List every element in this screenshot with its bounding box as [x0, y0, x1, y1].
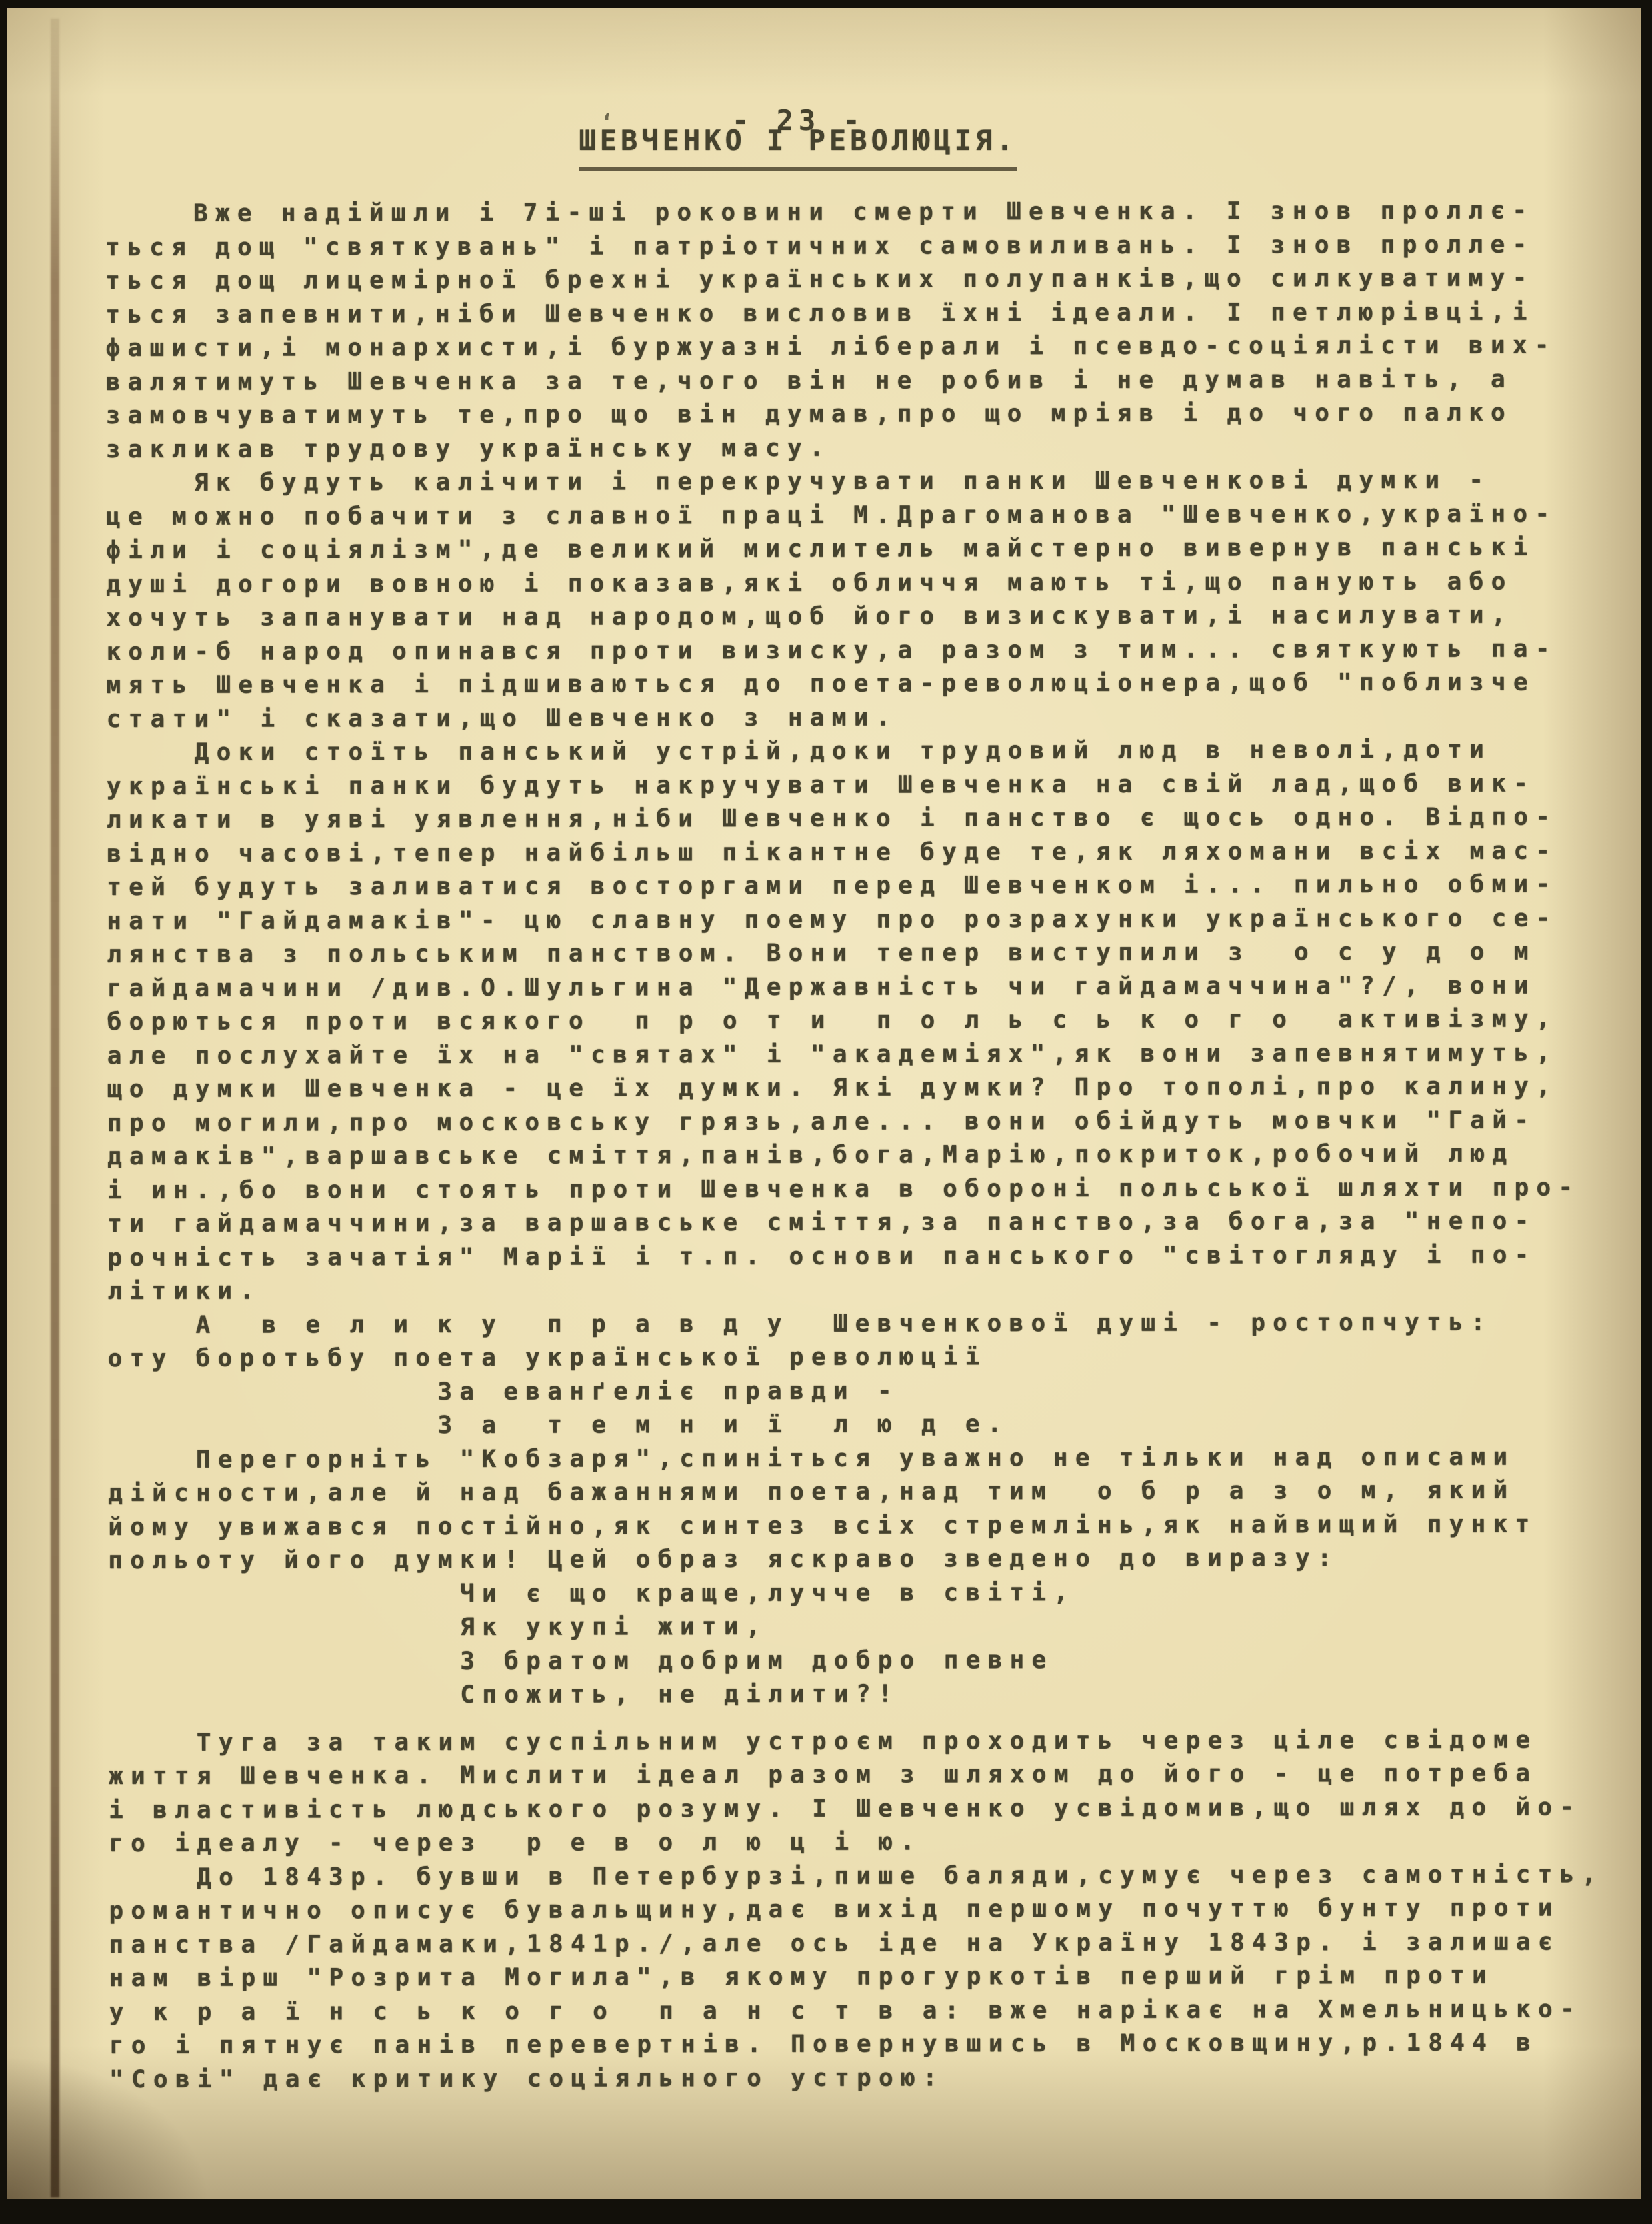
text-line: фашисти,і монархисти,і буржуазні ліберал…: [105, 329, 1639, 365]
text-line: З братом добрим добро певне: [109, 1642, 1642, 1679]
title-row: ШЕВЧЕНКО І РЕВОЛЮЦІЯ.: [0, 124, 1652, 171]
text-line: нати "Гайдамаків"- цю славну поему про р…: [107, 902, 1640, 938]
text-line: оту боротьбу поета української революції: [108, 1339, 1641, 1376]
text-line: ться запевнити,ніби Шевченко висловив їх…: [105, 295, 1639, 332]
text-line: коли-б народ опинався проти визиску,а ра…: [106, 632, 1639, 669]
text-line: у к р а ї н с ь к о г о п а н с т в а: в…: [109, 1993, 1643, 2029]
text-line: нам вірш "Розрита Могила",в якому прогур…: [109, 1959, 1643, 1995]
scanned-page: ʻ - 23 - ШЕВЧЕНКО І РЕВОЛЮЦІЯ. Вже надій…: [0, 0, 1652, 2224]
text-line: Туга за таким суспільним устроєм проходи…: [109, 1723, 1642, 1760]
text-line: дійсности,але й над бажаннями поета,над …: [108, 1474, 1641, 1510]
text-line: і ин.,бо вони стоять проти Шевченка в об…: [107, 1171, 1641, 1208]
text-line: З а т е м н и ї л ю д е.: [108, 1406, 1641, 1443]
text-line: романтично описує бувальщину,дає вихід п…: [109, 1891, 1642, 1928]
scan-edge-top: [0, 0, 1652, 8]
text-line: лянства з польським панством. Вони тепер…: [107, 935, 1640, 972]
text-line: замовчуватимуть те,про що він думав,про …: [106, 396, 1639, 433]
text-line: життя Шевченка. Мислити ідеал разом з шл…: [109, 1757, 1642, 1793]
text-line: Як будуть калічити і перекручувати панки…: [106, 463, 1639, 500]
text-line: дамаків",варшавське сміття,панів,бога,Ма…: [107, 1137, 1641, 1174]
text-line: стати" і сказати,що Шевченко з нами.: [107, 700, 1640, 736]
text-line: але послухайте їх на "святах" і "академі…: [107, 1036, 1641, 1073]
text-line: ться дощ "святкувань" і патріотичних сам…: [105, 228, 1639, 265]
scan-edge-bottom: [0, 2199, 1652, 2224]
text-line: Як укупі жити,: [108, 1608, 1641, 1645]
text-line: го ідеалу - через р е в о л ю ц і ю.: [109, 1824, 1642, 1861]
text-line: що думки Шевченка - це їх думки. Які дум…: [107, 1070, 1641, 1106]
text-line: Спожить, не ділити?!: [109, 1676, 1642, 1713]
text-line: тей будуть заливатися восторгами перед Ш…: [107, 868, 1640, 904]
text-line: про могили,про московську грязь,але... в…: [107, 1104, 1641, 1140]
page-title: ШЕВЧЕНКО І РЕВОЛЮЦІЯ.: [579, 124, 1017, 171]
text-line: А в е л и к у п р а в д у Шевченкової ду…: [107, 1306, 1641, 1342]
text-line: До 1843р. бувши в Петербурзі,пише баляди…: [109, 1858, 1642, 1895]
text-line: "Сові" дає критику соціяльного устрою:: [109, 2060, 1643, 2097]
text-line: філи і соціялізм",де великий мислитель м…: [106, 531, 1639, 568]
text-line: літики.: [107, 1272, 1641, 1308]
scan-edge-left: [0, 0, 7, 2224]
text-line: го і пятнує панів перевертнів. Повернувш…: [109, 2026, 1643, 2063]
text-line: Чи є що краще,лучче в світі,: [108, 1575, 1641, 1612]
text-line: мять Шевченка і підшиваються до поета-ре…: [106, 666, 1639, 702]
text-line: ти гайдамаччини,за варшавське сміття,за …: [107, 1204, 1641, 1241]
text-line: відно часові,тепер найбільш пікантне буд…: [107, 834, 1640, 871]
text-line: Вже надійшли і 7і-ші роковини смерти Шев…: [105, 194, 1639, 231]
document-body: Вже надійшли і 7і-ші роковини смерти Шев…: [105, 194, 1643, 2097]
text-line: За еванґеліє правди -: [108, 1373, 1641, 1410]
text-line: польоту його думки! Цей образ яскраво зв…: [108, 1541, 1641, 1578]
text-line: українські панки будуть накручувати Шевч…: [107, 767, 1640, 804]
scan-edge-right: [1641, 0, 1652, 2224]
text-line: борються проти всякого п р о т и п о л ь…: [107, 1002, 1641, 1039]
text-line: і властивість людського розуму. І Шевчен…: [109, 1791, 1642, 1827]
page-header: ʻ - 23 -: [0, 52, 1652, 92]
text-line: закликав трудову українську масу.: [106, 430, 1639, 467]
text-line: гайдамачини /див.О.Шульгина "Державність…: [107, 969, 1640, 1006]
text-line: ться дощ лицемірної брехні українських п…: [105, 261, 1639, 298]
text-line: ликати в уяві уявлення,ніби Шевченко і п…: [107, 800, 1640, 837]
text-line: Доки стоїть панський устрій,доки трудови…: [107, 733, 1640, 770]
text-line: це можно побачити з славної праці М.Драг…: [106, 497, 1639, 534]
text-line: хочуть запанувати над народом,щоб його в…: [106, 598, 1639, 635]
text-line: душі догори вовною і показав,які обличчя…: [106, 565, 1639, 602]
text-line: Перегорніть "Кобзаря",спиніться уважно н…: [108, 1440, 1641, 1477]
text-line: йому увижався постійно,як синтез всіх ст…: [108, 1508, 1641, 1544]
binding-crease: [51, 19, 59, 2197]
text-line: панства /Гайдамаки,1841р./,але ось іде н…: [109, 1925, 1642, 1962]
text-line: валятимуть Шевченка за те,чого він не ро…: [106, 363, 1639, 399]
text-line: рочність зачатія" Марії і т.п. основи па…: [107, 1238, 1641, 1275]
